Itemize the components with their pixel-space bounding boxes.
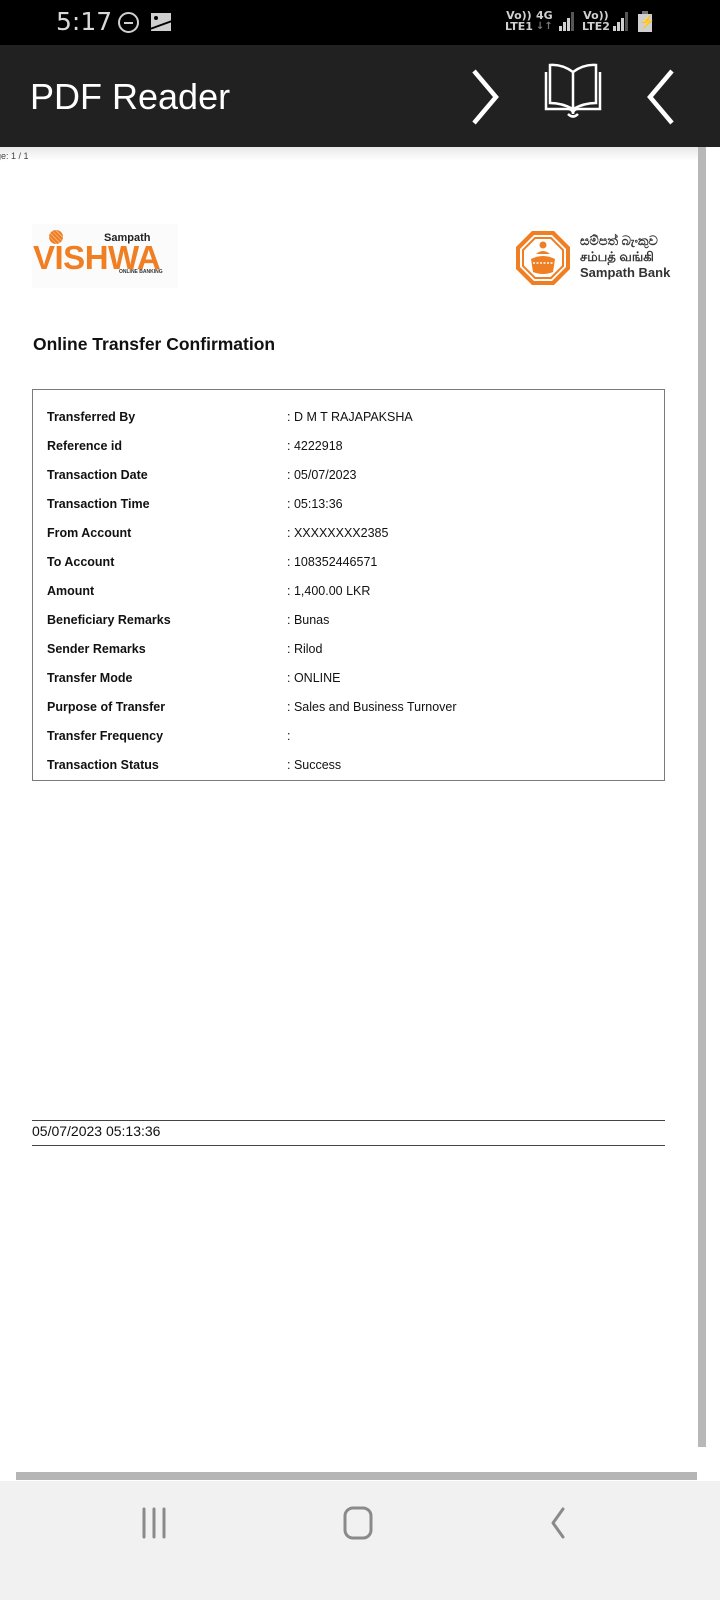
detail-value: : bbox=[287, 729, 290, 743]
bank-name-english: Sampath Bank bbox=[580, 265, 670, 281]
vishwa-logo-sub: ONLINE BANKING bbox=[119, 269, 163, 275]
back-button[interactable] bbox=[530, 1501, 590, 1545]
detail-label: Transfer Mode bbox=[47, 671, 132, 685]
detail-label: Beneficiary Remarks bbox=[47, 613, 171, 627]
footer-divider-bottom bbox=[32, 1145, 665, 1146]
detail-row: Amount: 1,400.00 LKR bbox=[47, 584, 647, 604]
data-arrows-icon: ↓↑ bbox=[536, 21, 553, 32]
sim1-indicator: Vo)) LTE1 bbox=[505, 10, 533, 32]
detail-value: : 05:13:36 bbox=[287, 497, 343, 511]
navigation-bar bbox=[0, 1481, 720, 1600]
detail-row: Beneficiary Remarks: Bunas bbox=[47, 613, 647, 633]
back-icon bbox=[530, 1501, 590, 1545]
detail-label: Transferred By bbox=[47, 410, 135, 424]
page-indicator: ge: 1 / 1 bbox=[0, 151, 29, 161]
home-button[interactable] bbox=[328, 1501, 388, 1545]
vertical-scrollbar[interactable] bbox=[698, 147, 706, 1447]
toolbar-shadow bbox=[0, 147, 698, 161]
detail-row: Reference id: 4222918 bbox=[47, 439, 647, 459]
home-icon bbox=[328, 1501, 388, 1545]
open-book-button[interactable] bbox=[538, 61, 608, 131]
detail-row: Transaction Date: 05/07/2023 bbox=[47, 468, 647, 488]
signal-bars-sim2-icon bbox=[613, 12, 629, 31]
detail-row: Transaction Status: Success bbox=[47, 758, 647, 778]
detail-value: : ONLINE bbox=[287, 671, 341, 685]
bank-name-sinhala: සම්පත් බැංකුව bbox=[580, 233, 670, 249]
detail-label: Transaction Time bbox=[47, 497, 150, 511]
recent-apps-button[interactable] bbox=[124, 1501, 184, 1545]
next-page-button[interactable] bbox=[450, 61, 520, 131]
footer-divider-top bbox=[32, 1120, 665, 1121]
network-type: 4G ↓↑ bbox=[536, 10, 553, 32]
gallery-icon bbox=[151, 13, 171, 31]
app-title: PDF Reader bbox=[30, 76, 230, 118]
sampath-emblem-icon bbox=[515, 230, 571, 286]
app-bar: PDF Reader bbox=[0, 45, 720, 147]
document-title: Online Transfer Confirmation bbox=[33, 334, 275, 355]
detail-row: Transaction Time: 05:13:36 bbox=[47, 497, 647, 517]
do-not-disturb-icon bbox=[118, 12, 139, 33]
detail-row: Transfer Mode: ONLINE bbox=[47, 671, 647, 691]
detail-label: Transaction Status bbox=[47, 758, 159, 772]
detail-value: : Sales and Business Turnover bbox=[287, 700, 457, 714]
detail-value: : Bunas bbox=[287, 613, 329, 627]
detail-row: Transfer Frequency: bbox=[47, 729, 647, 749]
sampath-bank-name: සම්පත් බැංකුව சம்பத் வங்கி Sampath Bank bbox=[580, 233, 670, 281]
detail-value: : 05/07/2023 bbox=[287, 468, 357, 482]
horizontal-scrollbar[interactable] bbox=[16, 1472, 697, 1480]
detail-row: Transferred By: D M T RAJAPAKSHA bbox=[47, 410, 647, 430]
sim2-indicator: Vo)) LTE2 bbox=[582, 10, 610, 32]
previous-page-button[interactable] bbox=[628, 61, 698, 131]
chevron-right-icon bbox=[450, 61, 520, 131]
detail-label: Reference id bbox=[47, 439, 122, 453]
detail-value: : Success bbox=[287, 758, 341, 772]
transfer-details-box: Transferred By: D M T RAJAPAKSHAReferenc… bbox=[32, 389, 665, 781]
detail-row: To Account: 108352446571 bbox=[47, 555, 647, 575]
detail-label: Transaction Date bbox=[47, 468, 148, 482]
detail-label: Purpose of Transfer bbox=[47, 700, 165, 714]
recent-apps-icon bbox=[124, 1501, 184, 1545]
detail-value: : XXXXXXXX2385 bbox=[287, 526, 388, 540]
network-type-label: 4G bbox=[536, 10, 553, 21]
sampath-bank-logo: සම්පත් බැංකුව சம்பத் வங்கி Sampath Bank bbox=[515, 228, 665, 288]
detail-label: Amount bbox=[47, 584, 94, 598]
detail-row: Purpose of Transfer: Sales and Business … bbox=[47, 700, 647, 720]
bank-name-tamil: சம்பத் வங்கி bbox=[580, 249, 670, 265]
detail-label: From Account bbox=[47, 526, 131, 540]
vishwa-logo: Sampath VISHWA ONLINE BANKING bbox=[32, 224, 178, 288]
footer-timestamp: 05/07/2023 05:13:36 bbox=[32, 1123, 160, 1139]
detail-value: : D M T RAJAPAKSHA bbox=[287, 410, 413, 424]
battery-charging-icon bbox=[638, 11, 652, 32]
detail-value: : Rilod bbox=[287, 642, 322, 656]
sim1-label: LTE1 bbox=[505, 21, 533, 32]
status-bar: 5:17 Vo)) LTE1 4G ↓↑ Vo)) LTE2 bbox=[0, 0, 720, 45]
detail-value: : 108352446571 bbox=[287, 555, 377, 569]
detail-label: Sender Remarks bbox=[47, 642, 146, 656]
signal-bars-sim1-icon bbox=[559, 12, 575, 31]
detail-label: To Account bbox=[47, 555, 114, 569]
detail-row: Sender Remarks: Rilod bbox=[47, 642, 647, 662]
detail-value: : 4222918 bbox=[287, 439, 343, 453]
detail-row: From Account: XXXXXXXX2385 bbox=[47, 526, 647, 546]
sim2-label: LTE2 bbox=[582, 21, 610, 32]
detail-value: : 1,400.00 LKR bbox=[287, 584, 370, 598]
status-time: 5:17 bbox=[56, 7, 112, 36]
detail-label: Transfer Frequency bbox=[47, 729, 163, 743]
book-open-icon bbox=[538, 61, 608, 131]
chevron-left-icon bbox=[628, 61, 698, 131]
